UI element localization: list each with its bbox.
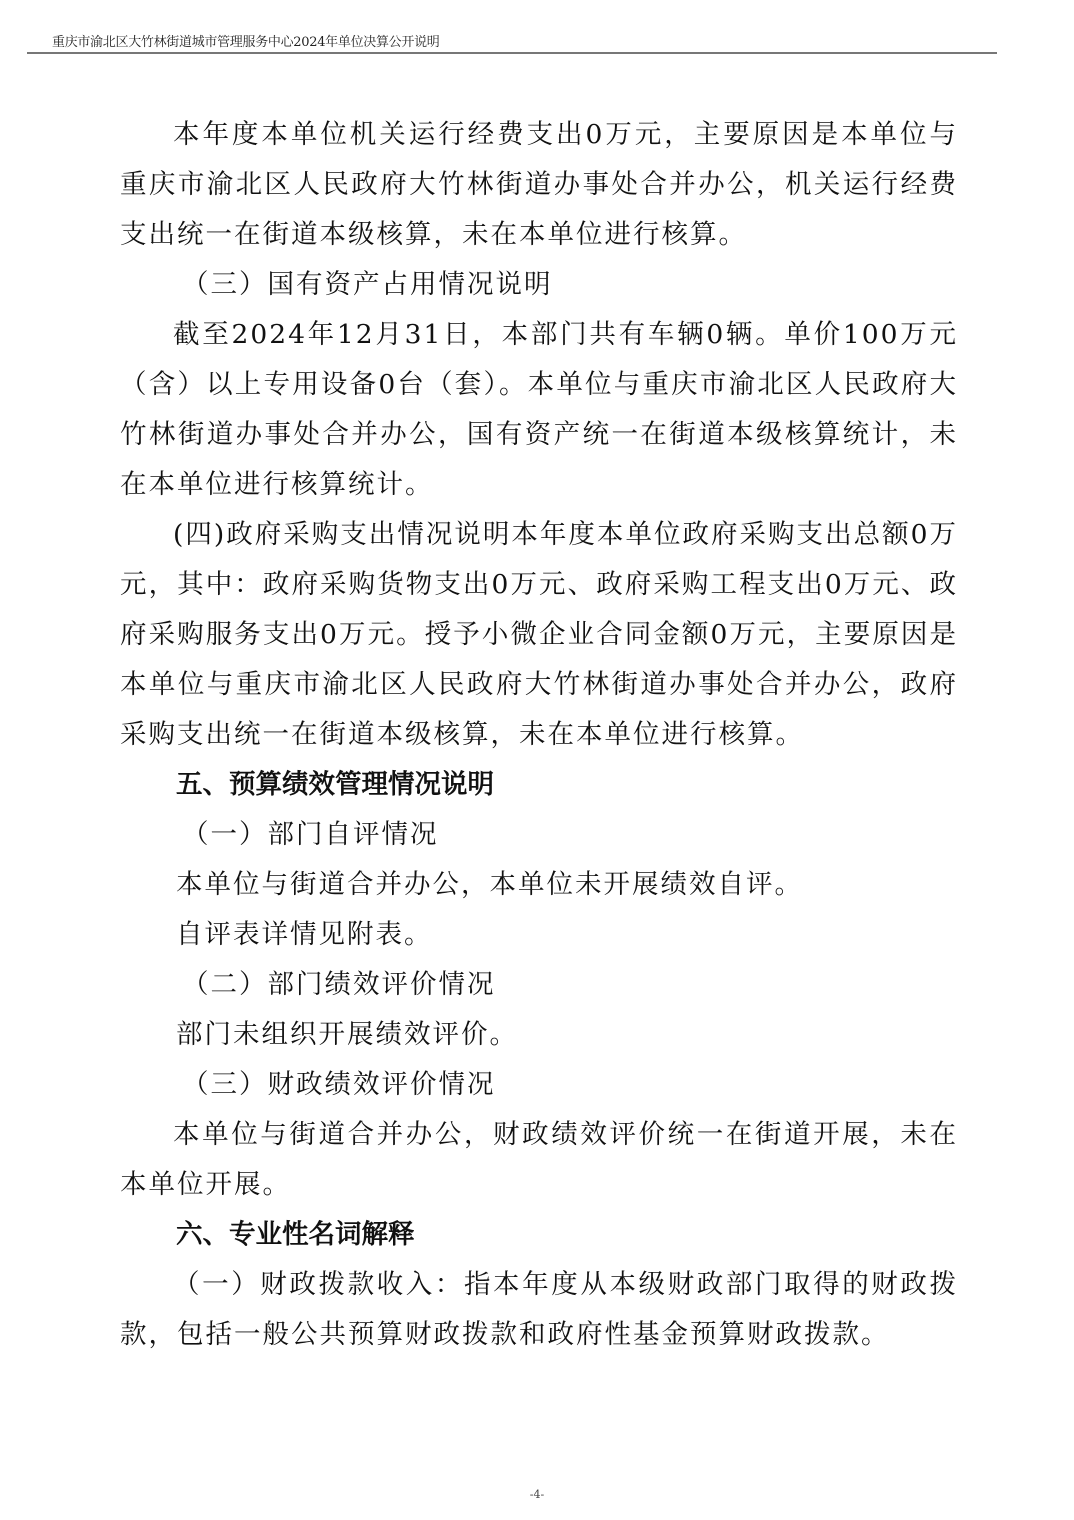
document-header-title: 重庆市渝北区大竹林街道城市管理服务中心2024年单位决算公开说明	[52, 31, 440, 50]
paragraph-self-evaluation: 本单位与街道合并办公，本单位未开展绩效自评。	[120, 860, 958, 910]
paragraph-state-assets: 截至2024年12月31日，本部门共有车辆0辆。单价100万元（含）以上专用设备…	[120, 310, 958, 510]
paragraph-fiscal-evaluation: 本单位与街道合并办公，财政绩效评价统一在街道开展，未在本单位开展。	[120, 1110, 958, 1210]
paragraph-department-evaluation: 部门未组织开展绩效评价。	[120, 1010, 958, 1060]
section-heading-department-evaluation: （二）部门绩效评价情况	[120, 960, 958, 1010]
page-number: -4-	[0, 1488, 1074, 1501]
document-body: 本年度本单位机关运行经费支出0万元，主要原因是本单位与重庆市渝北区人民政府大竹林…	[120, 110, 958, 1360]
section-heading-self-evaluation: （一）部门自评情况	[120, 810, 958, 860]
paragraph-government-procurement: (四)政府采购支出情况说明本年度本单位政府采购支出总额0万元，其中：政府采购货物…	[120, 510, 958, 760]
section-heading-performance-management: 五、预算绩效管理情况说明	[120, 760, 958, 810]
section-heading-fiscal-evaluation: （三）财政绩效评价情况	[120, 1060, 958, 1110]
section-heading-terminology: 六、专业性名词解释	[120, 1210, 958, 1260]
paragraph-term-fiscal-appropriation: （一）财政拨款收入：指本年度从本级财政部门取得的财政拨款，包括一般公共预算财政拨…	[120, 1260, 958, 1360]
paragraph-operating-costs: 本年度本单位机关运行经费支出0万元，主要原因是本单位与重庆市渝北区人民政府大竹林…	[120, 110, 958, 260]
header-divider	[27, 52, 997, 54]
section-heading-state-assets: （三）国有资产占用情况说明	[120, 260, 958, 310]
paragraph-self-evaluation-appendix: 自评表详情见附表。	[120, 910, 958, 960]
